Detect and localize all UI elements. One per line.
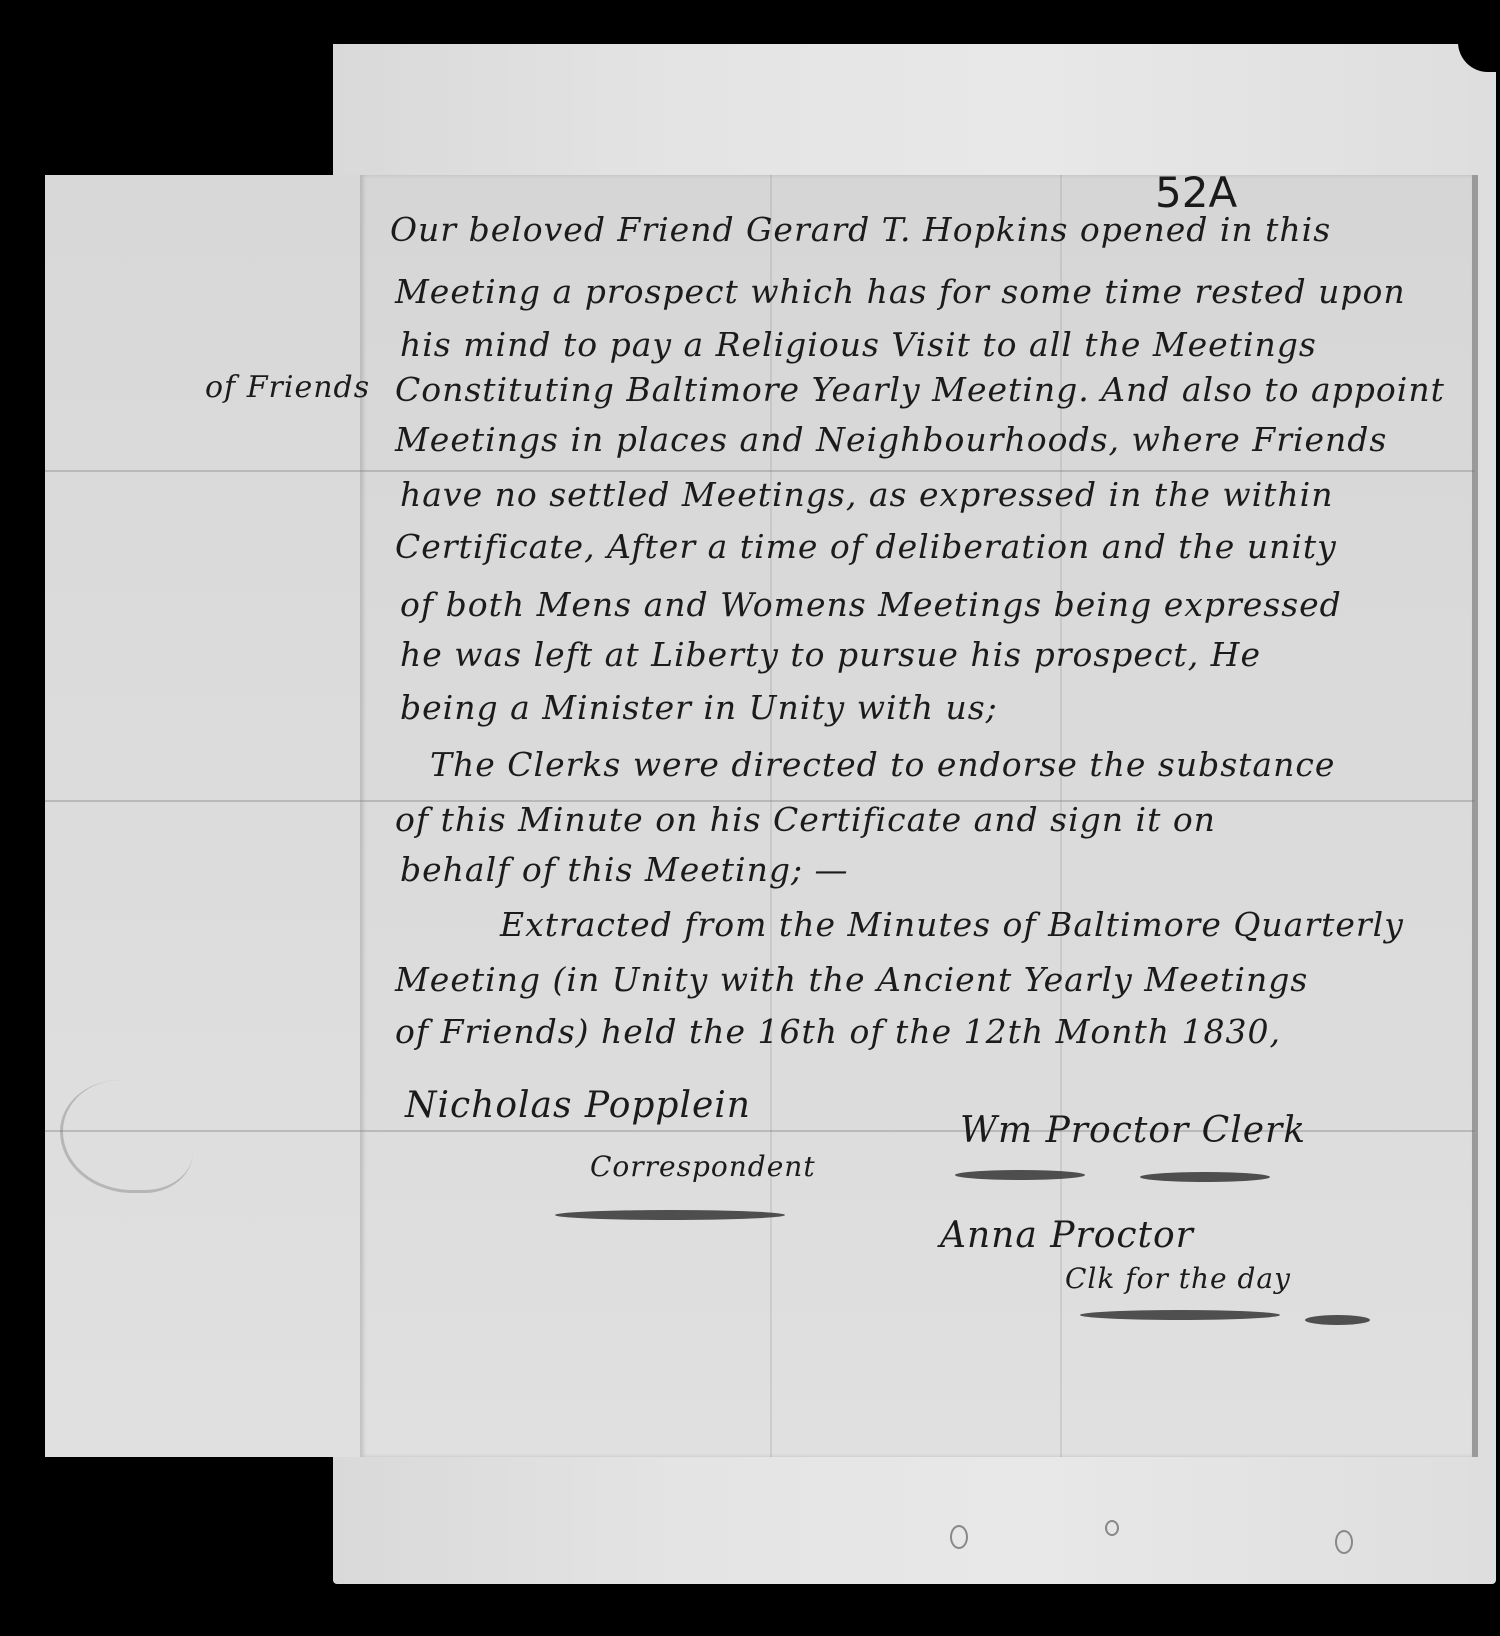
text-line: of this Minute on his Certificate and si… <box>395 800 1216 839</box>
signature-correspondent: Nicholas Popplein <box>405 1085 751 1126</box>
text-line: Constituting Baltimore Yearly Meeting. A… <box>395 370 1445 409</box>
pin-hole <box>1105 1520 1119 1536</box>
text-line: of both Mens and Womens Meetings being e… <box>400 585 1342 624</box>
signature-flourish <box>955 1170 1085 1180</box>
margin-note: of Friends <box>205 370 370 405</box>
signature-flourish <box>555 1210 785 1220</box>
torn-corner <box>1458 42 1498 72</box>
signature-flourish <box>1080 1310 1280 1320</box>
clerk-2-title: Clk for the day <box>1065 1262 1291 1295</box>
signature-flourish <box>1140 1172 1270 1182</box>
text-line: have no settled Meetings, as expressed i… <box>400 475 1333 514</box>
signature-clerk: Wm Proctor Clerk <box>960 1110 1306 1151</box>
text-line: of Friends) held the 16th of the 12th Mo… <box>395 1012 1281 1051</box>
text-line: Meetings in places and Neighbourhoods, w… <box>395 420 1387 459</box>
signature-clerk-2: Anna Proctor <box>940 1215 1194 1256</box>
text-line: Our beloved Friend Gerard T. Hopkins ope… <box>390 210 1331 249</box>
correspondent-title: Correspondent <box>590 1150 816 1183</box>
signature-flourish <box>1305 1315 1370 1325</box>
text-line: Extracted from the Minutes of Baltimore … <box>500 905 1404 944</box>
text-line: Meeting (in Unity with the Ancient Yearl… <box>395 960 1308 999</box>
text-line: he was left at Liberty to pursue his pro… <box>400 635 1261 674</box>
text-line: behalf of this Meeting; — <box>400 850 849 889</box>
pin-hole <box>1335 1530 1353 1554</box>
text-line: Certificate, After a time of deliberatio… <box>395 527 1337 566</box>
pin-hole <box>950 1525 968 1549</box>
text-line: being a Minister in Unity with us; <box>400 688 998 727</box>
text-line: his mind to pay a Religious Visit to all… <box>400 325 1317 364</box>
text-line: The Clerks were directed to endorse the … <box>430 745 1335 784</box>
text-line: Meeting a prospect which has for some ti… <box>395 272 1406 311</box>
fold-line <box>45 470 1475 472</box>
